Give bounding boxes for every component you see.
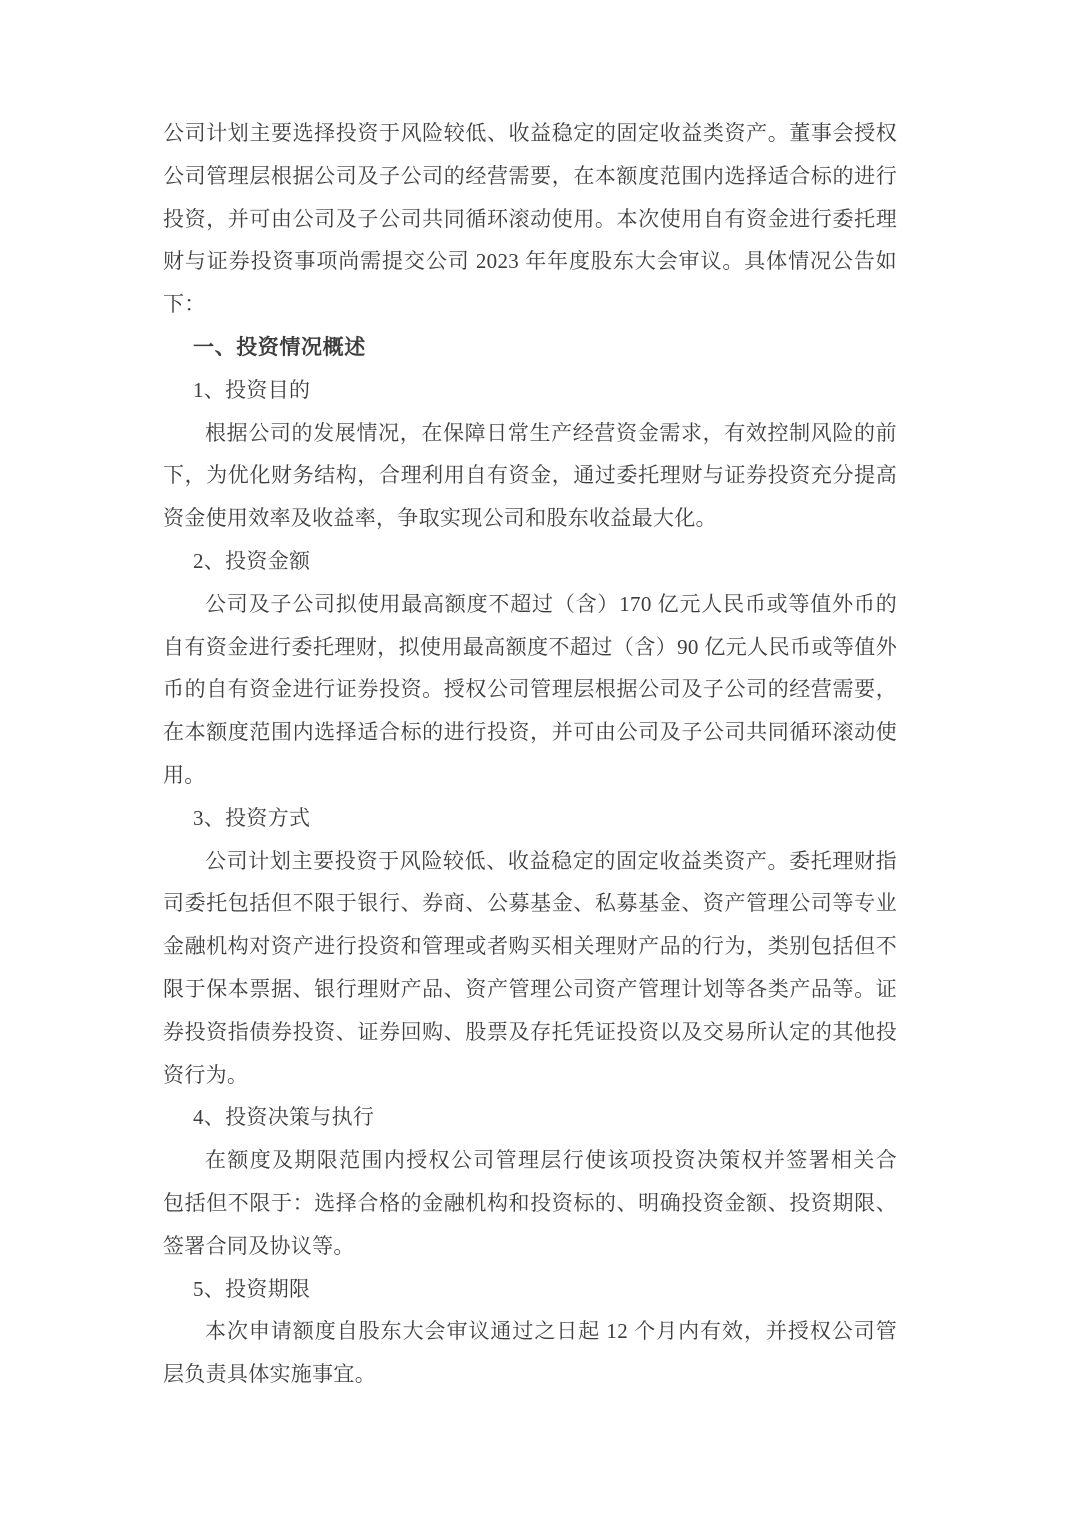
paragraph-line: 自有资金进行委托理财，拟使用最高额度不超过（含）90 亿元人民币或等值外: [163, 626, 897, 669]
subsection-heading: 5、投资期限: [163, 1268, 897, 1311]
paragraph-line: 包括但不限于：选择合格的金融机构和投资标的、明确投资金额、投资期限、: [163, 1182, 897, 1225]
section-heading: 一、投资情况概述: [163, 326, 897, 369]
paragraph-continuation-line: 公司计划主要选择投资于风险较低、收益稳定的固定收益类资产。董事会授权: [163, 112, 897, 155]
paragraph-line: 限于保本票据、银行理财产品、资产管理公司资产管理计划等各类产品等。证: [163, 968, 897, 1011]
paragraph-first-line: 本次申请额度自股东大会审议通过之日起 12 个月内有效，并授权公司管理: [163, 1310, 897, 1353]
subsection-heading: 3、投资方式: [163, 797, 897, 840]
paragraph-line: 币的自有资金进行证券投资。授权公司管理层根据公司及子公司的经营需要，: [163, 668, 897, 711]
paragraph-first-line: 在额度及期限范围内授权公司管理层行使该项投资决策权并签署相关合同。: [163, 1139, 897, 1182]
subsection-heading: 1、投资目的: [163, 369, 897, 412]
paragraph-line: 金融机构对资产进行投资和管理或者购买相关理财产品的行为，类别包括但不: [163, 925, 897, 968]
subsection-heading: 2、投资金额: [163, 540, 897, 583]
paragraph-end-line: 用。: [163, 754, 897, 797]
paragraph-line: 投资，并可由公司及子公司共同循环滚动使用。本次使用自有资金进行委托理: [163, 198, 897, 241]
document-body: 公司计划主要选择投资于风险较低、收益稳定的固定收益类资产。董事会授权公司管理层根…: [163, 112, 897, 1396]
paragraph-end-line: 层负责具体实施事宜。: [163, 1353, 897, 1396]
subsection-heading: 4、投资决策与执行: [163, 1096, 897, 1139]
paragraph-line: 财与证券投资事项尚需提交公司 2023 年年度股东大会审议。具体情况公告如: [163, 240, 897, 283]
paragraph-end-line: 签署合同及协议等。: [163, 1225, 897, 1268]
paragraph-line: 在本额度范围内选择适合标的进行投资，并可由公司及子公司共同循环滚动使: [163, 711, 897, 754]
paragraph-end-line: 下：: [163, 283, 897, 326]
paragraph-line: 公司管理层根据公司及子公司的经营需要，在本额度范围内选择适合标的进行: [163, 155, 897, 198]
paragraph-line: 券投资指债券投资、证券回购、股票及存托凭证投资以及交易所认定的其他投: [163, 1011, 897, 1054]
paragraph-line: 下，为优化财务结构，合理利用自有资金，通过委托理财与证券投资充分提高: [163, 454, 897, 497]
paragraph-end-line: 资行为。: [163, 1054, 897, 1097]
document-page: 公司计划主要选择投资于风险较低、收益稳定的固定收益类资产。董事会授权公司管理层根…: [0, 0, 1080, 1527]
paragraph-first-line: 公司计划主要投资于风险较低、收益稳定的固定收益类资产。委托理财指公: [163, 840, 897, 883]
paragraph-end-line: 资金使用效率及收益率，争取实现公司和股东收益最大化。: [163, 497, 897, 540]
paragraph-first-line: 根据公司的发展情况，在保障日常生产经营资金需求，有效控制风险的前提: [163, 412, 897, 455]
paragraph-line: 司委托包括但不限于银行、券商、公募基金、私募基金、资产管理公司等专业: [163, 882, 897, 925]
paragraph-first-line: 公司及子公司拟使用最高额度不超过（含）170 亿元人民币或等值外币的: [163, 583, 897, 626]
